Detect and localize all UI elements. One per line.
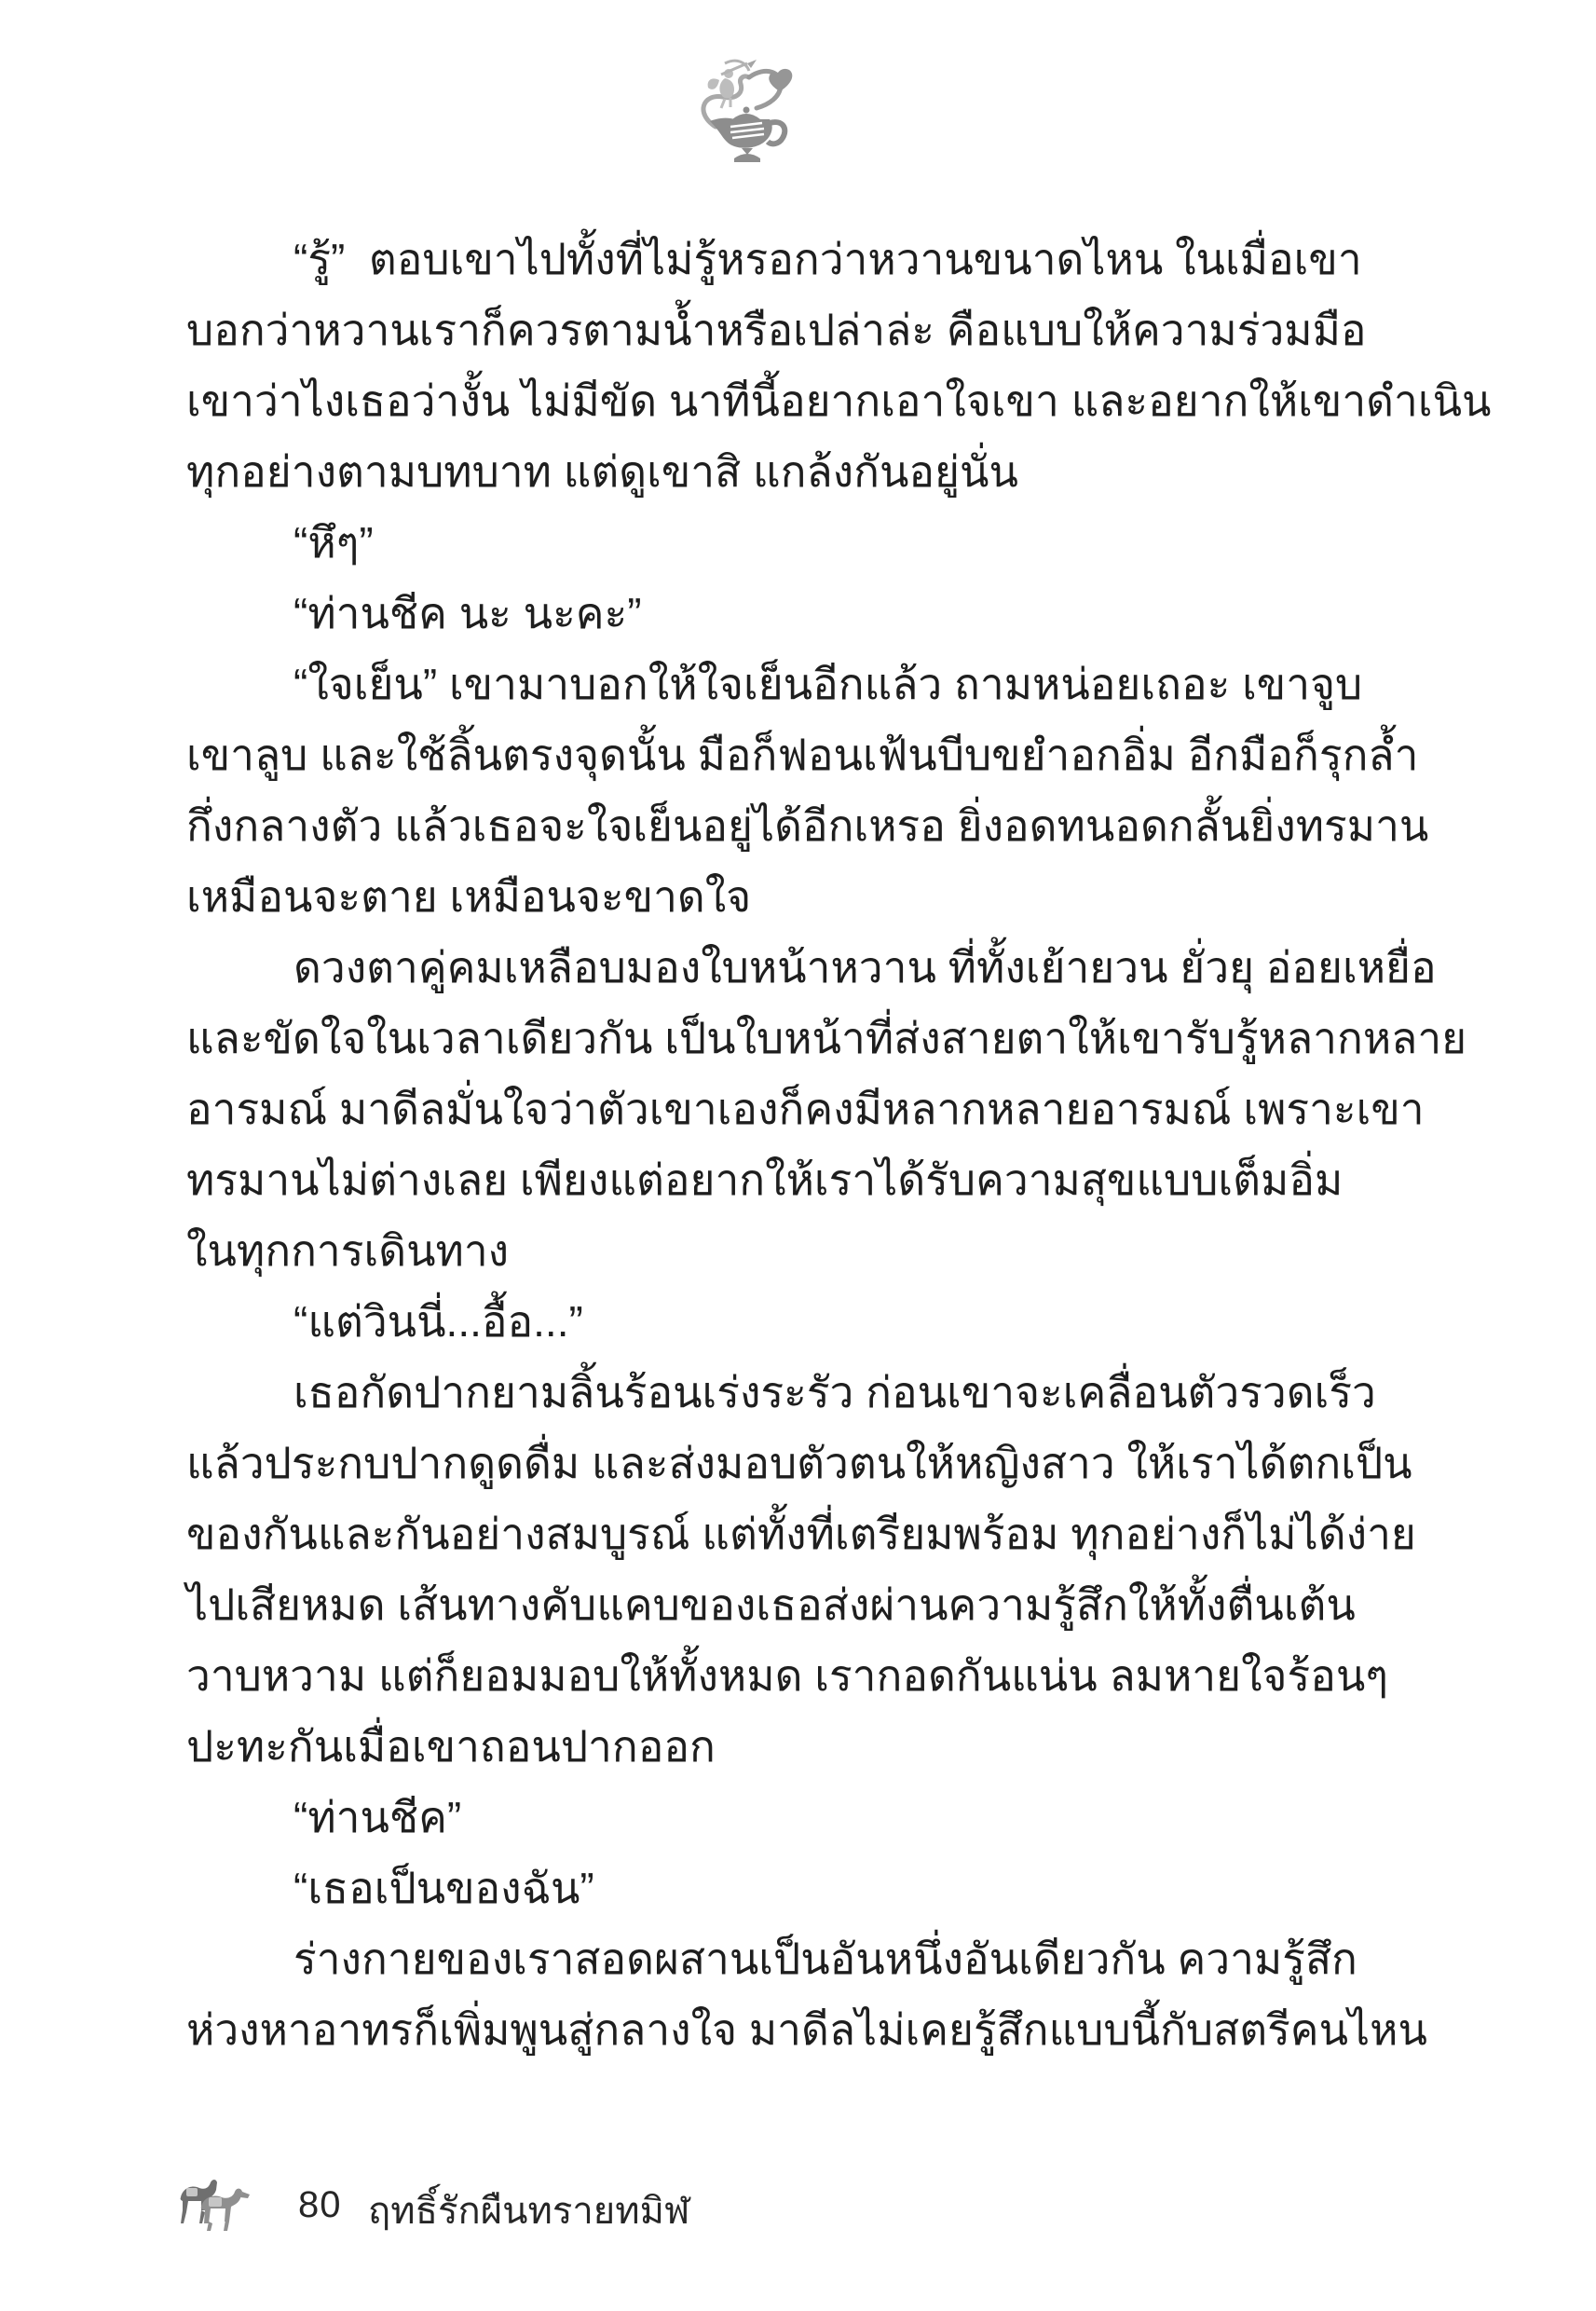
text-line: และขัดใจในเวลาเดียวกัน เป็นใบหน้าที่ส่งส… (186, 1003, 1412, 1073)
text-line: กึ่งกลางตัว แล้วเธอจะใจเย็นอยู่ได้อีกเหร… (186, 790, 1412, 861)
text-line: วาบหวาม แต่ก็ยอมมอบให้ทั้งหมด เรากอดกันแ… (186, 1640, 1412, 1711)
two-camels-icon (173, 2169, 263, 2235)
text-line: ไปเสียหมด เส้นทางคับแคบของเธอส่งผ่านความ… (186, 1569, 1412, 1640)
genie-lamp-cupid-icon (688, 54, 809, 175)
text-line: ดวงตาคู่คมเหลือบมองใบหน้าหวาน ที่ทั้งเย้… (186, 932, 1412, 1003)
text-line: ทุกอย่างตามบทบาท แต่ดูเขาสิ แกล้งกันอยู่… (186, 436, 1412, 507)
text-line: “ใจเย็น” เขามาบอกให้ใจเย็นอีกแล้ว ถามหน่… (186, 649, 1412, 719)
page-text: “รู้” ตอบเขาไปทั้งที่ไม่รู้หรอกว่าหวานขน… (186, 224, 1412, 2065)
text-line: “ท่านชีค” (186, 1782, 1412, 1853)
text-line: “รู้” ตอบเขาไปทั้งที่ไม่รู้หรอกว่าหวานขน… (186, 224, 1412, 294)
text-line: แล้วประกบปากดูดดื่ม และส่งมอบตัวตนให้หญิ… (186, 1428, 1412, 1498)
text-line: “หึๆ” (186, 507, 1412, 578)
text-line: “ท่านชีค นะ นะคะ” (186, 578, 1412, 649)
text-line: “เธอเป็นของฉัน” (186, 1853, 1412, 1923)
text-line: อารมณ์ มาดีลมั่นใจว่าตัวเขาเองก็คงมีหลาก… (186, 1073, 1412, 1144)
book-page: “รู้” ตอบเขาไปทั้งที่ไม่รู้หรอกว่าหวานขน… (0, 0, 1596, 2311)
page-number: 80 (298, 2184, 342, 2226)
text-line: ร่างกายของเราสอดผสานเป็นอันหนึ่งอันเดียว… (186, 1923, 1412, 1994)
page-footer: 80 ฤทธิ์รักผืนทรายทมิฬ (0, 2160, 1596, 2244)
text-line: ในทุกการเดินทาง (186, 1215, 1412, 1286)
text-line: บอกว่าหวานเราก็ควรตามน้ำหรือเปล่าล่ะ คือ… (186, 294, 1412, 365)
text-line: ของกันและกันอย่างสมบูรณ์ แต่ทั้งที่เตรีย… (186, 1498, 1412, 1569)
text-line: ปะทะกันเมื่อเขาถอนปากออก (186, 1711, 1412, 1782)
text-line: “แต่วินนี่...อื้อ...” (186, 1286, 1412, 1357)
text-line: ห่วงหาอาทรก็เพิ่มพูนสู่กลางใจ มาดีลไม่เค… (186, 1994, 1412, 2065)
text-line: เขาว่าไงเธอว่างั้น ไม่มีขัด นาทีนี้อยากเ… (186, 365, 1412, 436)
text-line: เธอกัดปากยามลิ้นร้อนเร่งระรัว ก่อนเขาจะเ… (186, 1357, 1412, 1428)
text-line: เหมือนจะตาย เหมือนจะขาดใจ (186, 861, 1412, 932)
book-title: ฤทธิ์รักผืนทรายทมิฬ (368, 2181, 689, 2240)
text-line: ทรมานไม่ต่างเลย เพียงแต่อยากให้เราได้รับ… (186, 1144, 1412, 1215)
text-line: เขาลูบ และใช้ลิ้นตรงจุดนั้น มือก็ฟอนเฟ้น… (186, 719, 1412, 790)
